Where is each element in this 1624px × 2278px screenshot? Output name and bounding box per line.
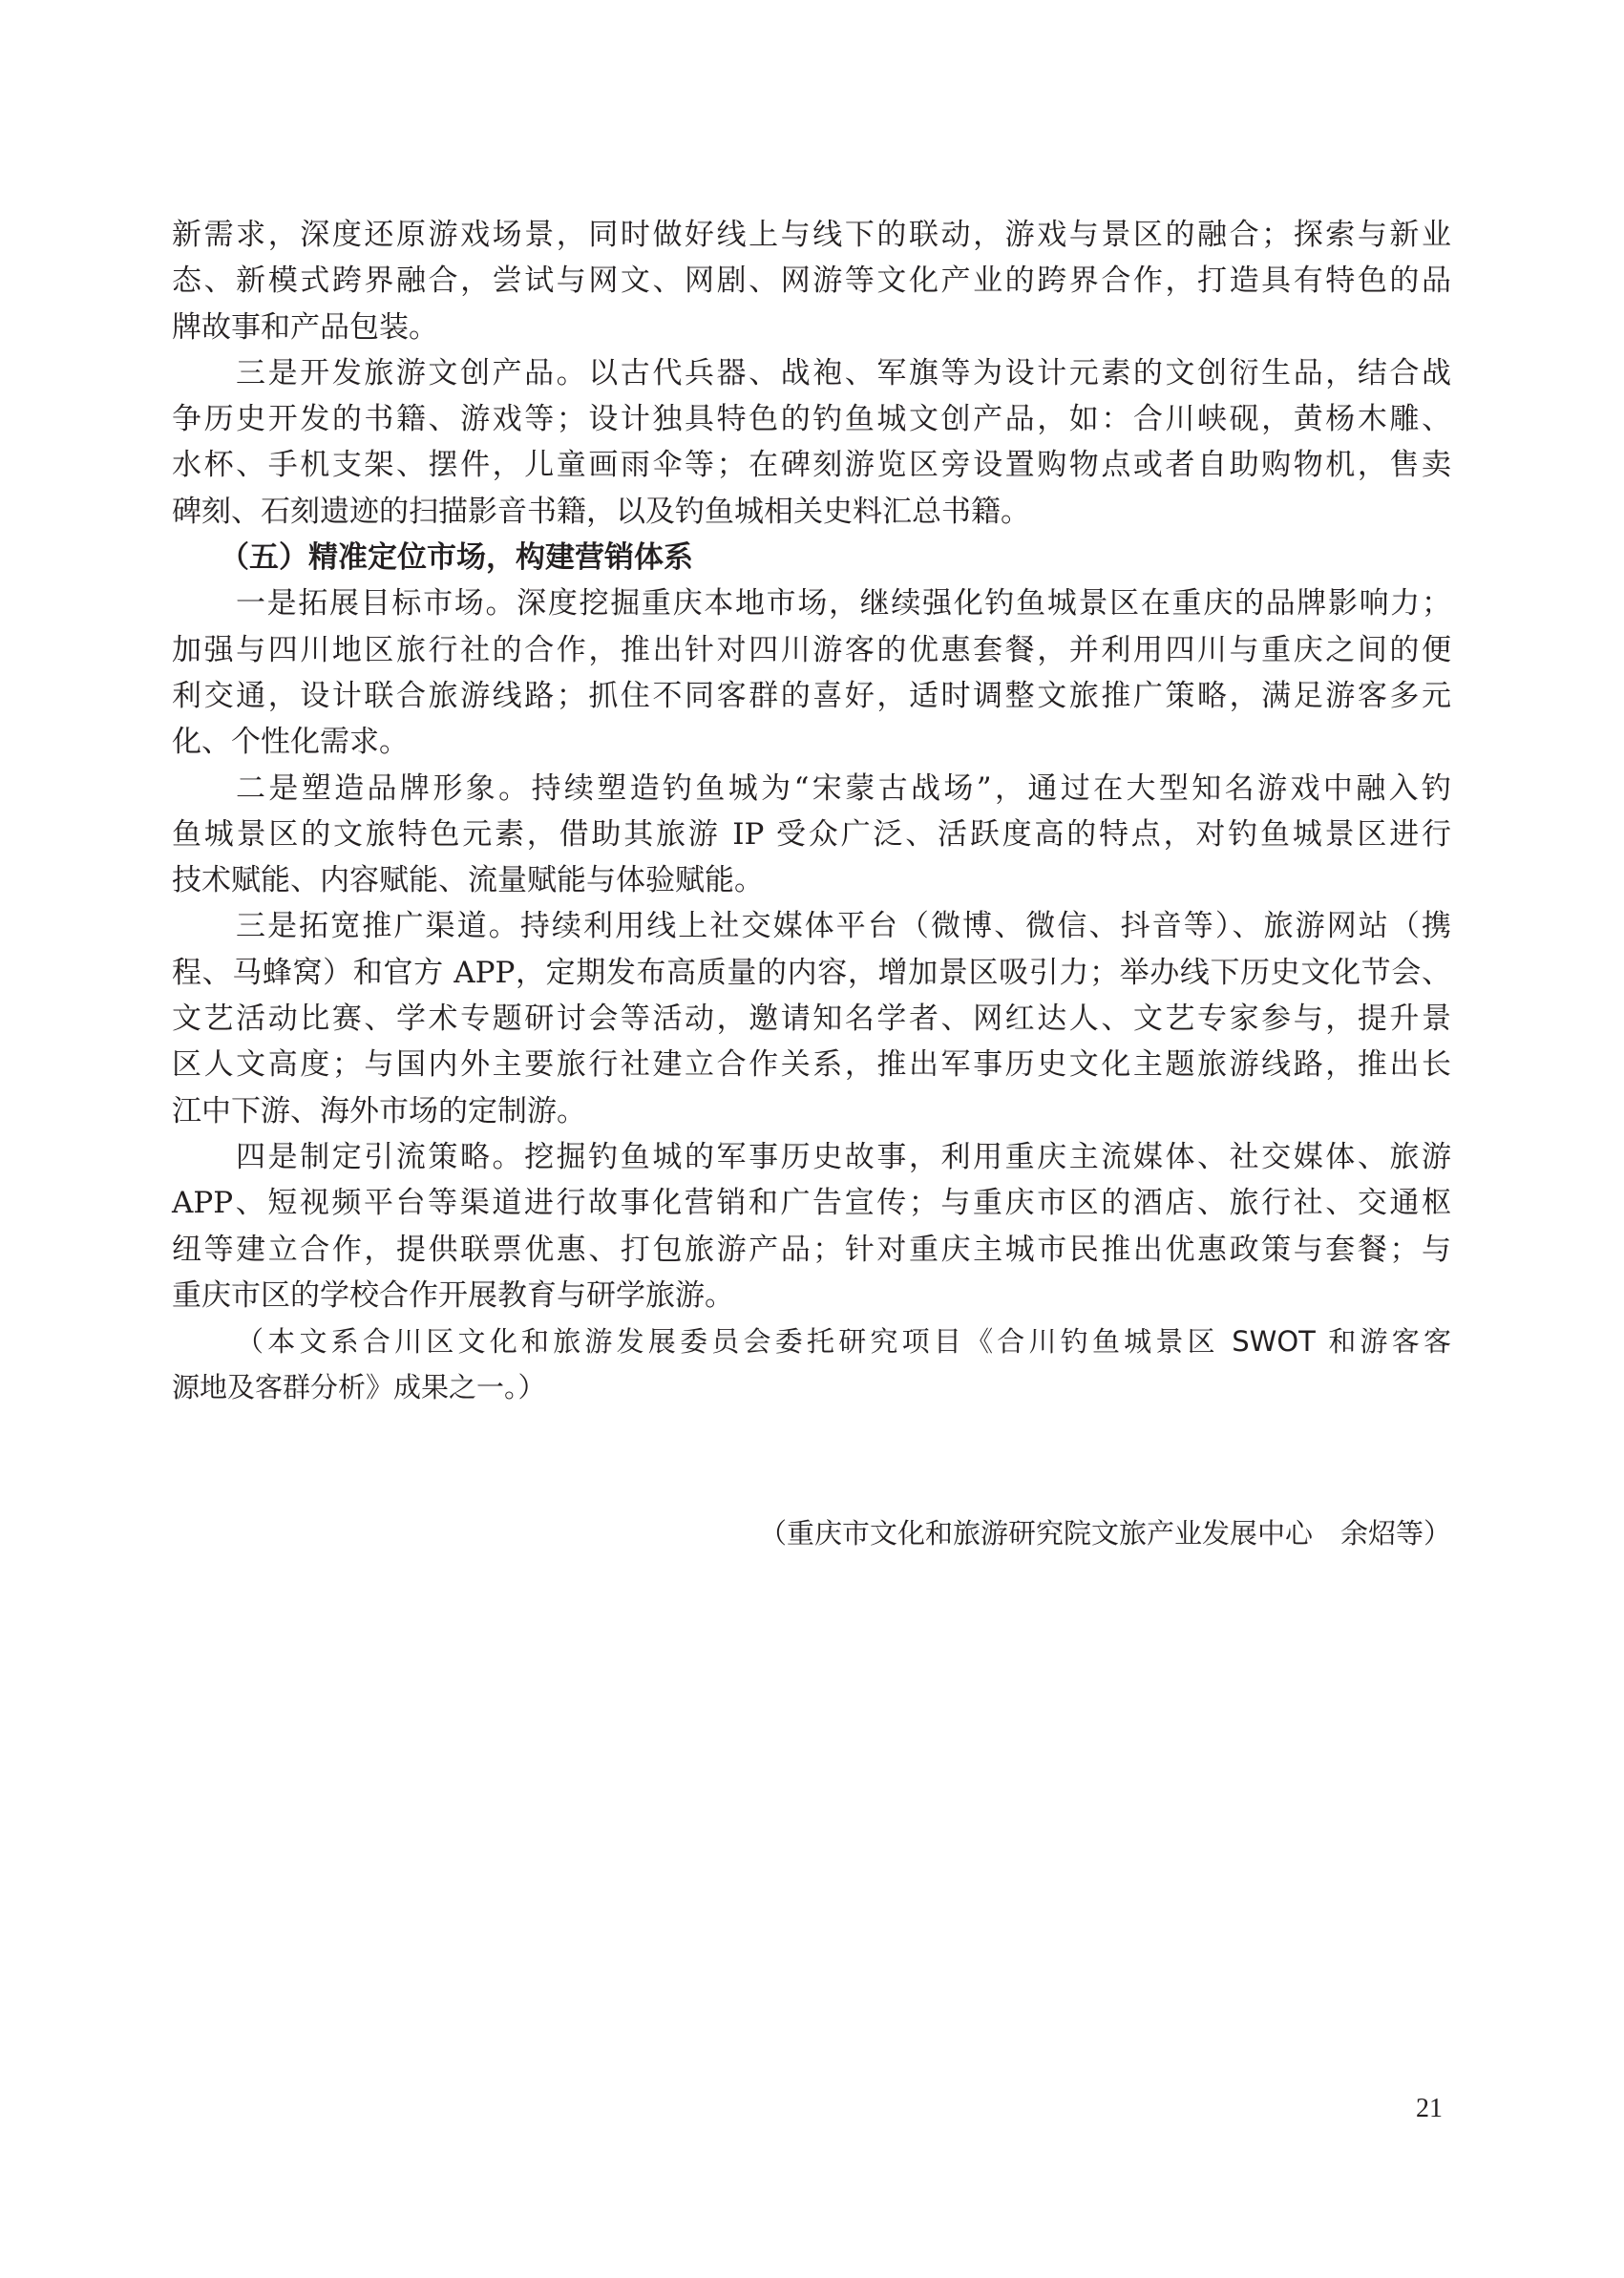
paragraph-traffic-strategy: 四是制定引流策略。挖掘钓鱼城的军事历史故事，利用重庆主流媒体、社交媒体、旅游 A… <box>172 1134 1451 1318</box>
paragraph-cultural-products: 三是开发旅游文创产品。以古代兵器、战袍、军旗等为设计元素的文创衍生品，结合战 争… <box>172 350 1451 535</box>
text-line: 重庆市区的学校合作开展教育与研学旅游。 <box>172 1273 1451 1318</box>
text-line: 利交通，设计联合旅游线路；抓住不同客群的喜好，适时调整文旅推广策略，满足游客多元 <box>172 673 1451 719</box>
paragraph-promotion-channels: 三是拓宽推广渠道。持续利用线上社交媒体平台（微博、微信、抖音等）、旅游网站（携 … <box>172 903 1451 1133</box>
text-line: 区人文高度；与国内外主要旅行社建立合作关系，推出军事历史文化主题旅游线路，推出长 <box>172 1042 1451 1087</box>
section-heading: （五）精准定位市场，构建营销体系 <box>172 535 1451 580</box>
research-note: （本文系合川区文化和旅游发展委员会委托研究项目《合川钓鱼城景区 SWOT 和游客… <box>172 1318 1451 1411</box>
text-line: 争历史开发的书籍、游戏等；设计独具特色的钓鱼城文创产品，如：合川峡砚，黄杨木雕、 <box>172 396 1451 442</box>
text-line: 化、个性化需求。 <box>172 719 1451 765</box>
text-line: 水杯、手机支架、摆件，儿童画雨伞等；在碑刻游览区旁设置购物点或者自助购物机，售卖 <box>172 442 1451 488</box>
paragraph-continued: 新需求，深度还原游戏场景，同时做好线上与线下的联动，游戏与景区的融合；探索与新业… <box>172 212 1451 350</box>
text-line: 江中下游、海外市场的定制游。 <box>172 1088 1451 1134</box>
text-line: 二是塑造品牌形象。持续塑造钓鱼城为“宋蒙古战场”，通过在大型知名游戏中融入钓 <box>172 766 1451 812</box>
text-line: 牌故事和产品包装。 <box>172 305 1451 350</box>
text-line: 碑刻、石刻遗迹的扫描影音书籍，以及钓鱼城相关史料汇总书籍。 <box>172 489 1451 535</box>
paragraph-brand-image: 二是塑造品牌形象。持续塑造钓鱼城为“宋蒙古战场”，通过在大型知名游戏中融入钓 鱼… <box>172 766 1451 904</box>
text-line: 一是拓展目标市场。深度挖掘重庆本地市场，继续强化钓鱼城景区在重庆的品牌影响力； <box>172 580 1451 626</box>
note-line: （本文系合川区文化和旅游发展委员会委托研究项目《合川钓鱼城景区 SWOT 和游客… <box>172 1318 1451 1364</box>
paragraph-target-market: 一是拓展目标市场。深度挖掘重庆本地市场，继续强化钓鱼城景区在重庆的品牌影响力； … <box>172 580 1451 765</box>
document-body: 新需求，深度还原游戏场景，同时做好线上与线下的联动，游戏与景区的融合；探索与新业… <box>172 212 1451 1411</box>
page-number: 21 <box>1416 2094 1443 2124</box>
text-line: 三是开发旅游文创产品。以古代兵器、战袍、军旗等为设计元素的文创衍生品，结合战 <box>172 350 1451 396</box>
text-line: APP、短视频平台等渠道进行故事化营销和广告宣传；与重庆市区的酒店、旅行社、交通… <box>172 1180 1451 1226</box>
text-line: 加强与四川地区旅行社的合作，推出针对四川游客的优惠套餐，并利用四川与重庆之间的便 <box>172 627 1451 673</box>
text-line: 四是制定引流策略。挖掘钓鱼城的军事历史故事，利用重庆主流媒体、社交媒体、旅游 <box>172 1134 1451 1180</box>
text-line: 文艺活动比赛、学术专题研讨会等活动，邀请知名学者、网红达人、文艺专家参与，提升景 <box>172 996 1451 1042</box>
text-line: 鱼城景区的文旅特色元素，借助其旅游 IP 受众广泛、活跃度高的特点，对钓鱼城景区… <box>172 812 1451 857</box>
text-line: 程、马蜂窝）和官方 APP，定期发布高质量的内容，增加景区吸引力；举办线下历史文… <box>172 950 1451 996</box>
text-line: 纽等建立合作，提供联票优惠、打包旅游产品；针对重庆主城市民推出优惠政策与套餐；与 <box>172 1227 1451 1273</box>
text-line: 三是拓宽推广渠道。持续利用线上社交媒体平台（微博、微信、抖音等）、旅游网站（携 <box>172 903 1451 949</box>
text-line: 新需求，深度还原游戏场景，同时做好线上与线下的联动，游戏与景区的融合；探索与新业 <box>172 212 1451 258</box>
author-signature: （重庆市文化和旅游研究院文旅产业发展中心 余炤等） <box>172 1512 1451 1551</box>
note-line: 源地及客群分析》成果之一。） <box>172 1364 1451 1410</box>
text-line: 技术赋能、内容赋能、流量赋能与体验赋能。 <box>172 857 1451 903</box>
text-line: 态、新模式跨界融合，尝试与网文、网剧、网游等文化产业的跨界合作，打造具有特色的品 <box>172 258 1451 304</box>
